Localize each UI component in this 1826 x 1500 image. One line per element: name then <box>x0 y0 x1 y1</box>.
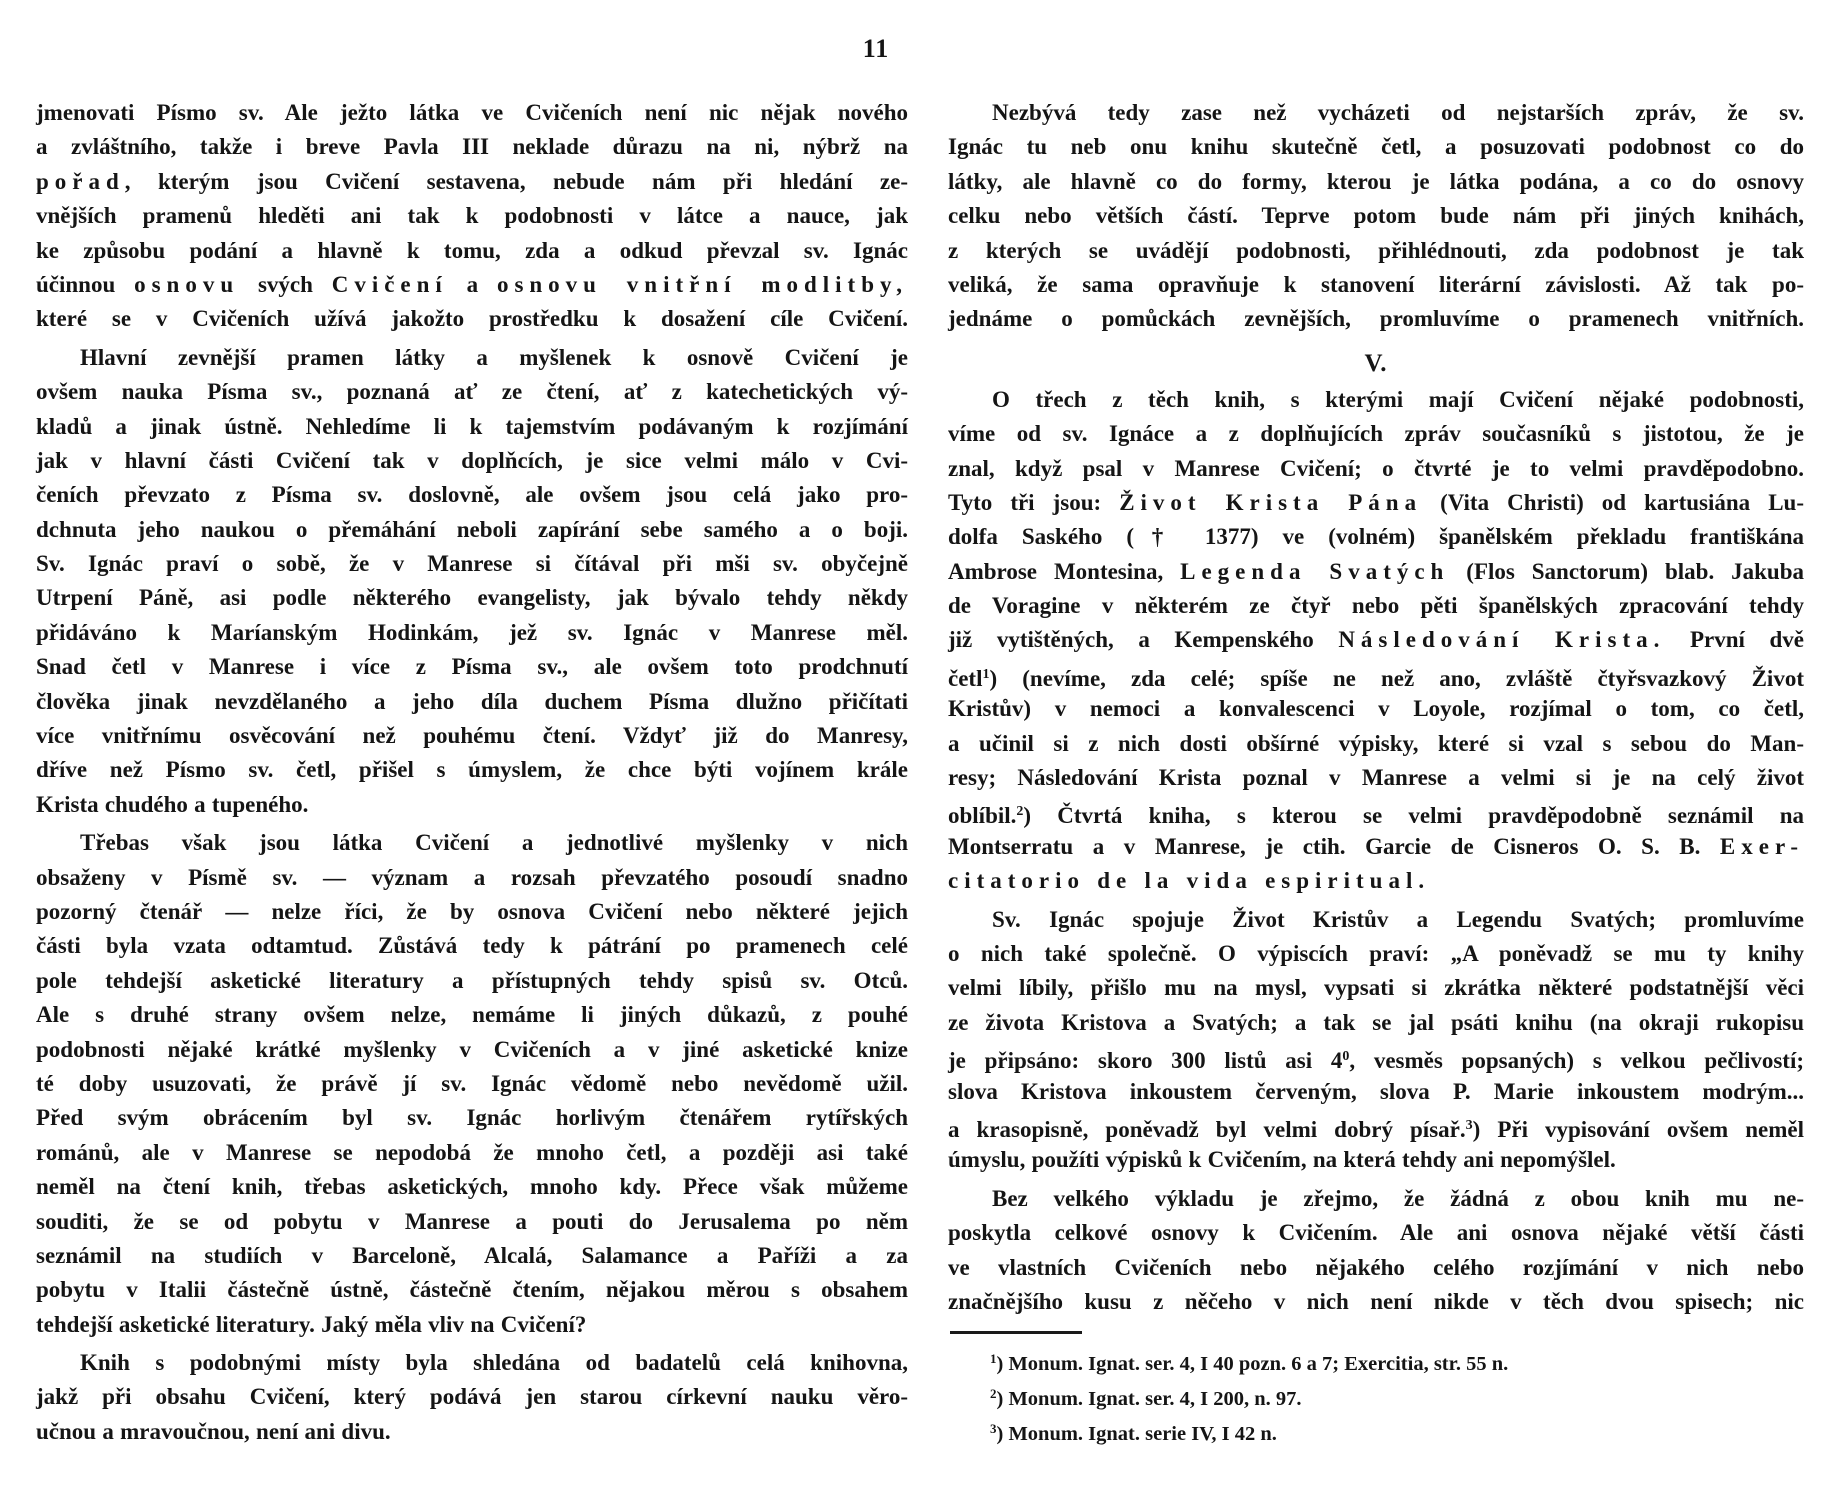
text-line: části byla vzata odtamtud. Zůstává tedy … <box>36 929 908 963</box>
letterspaced-segment: Následování Krista. <box>1338 627 1665 652</box>
text-line: ke způsobu podání a hlavně k tomu, zda a… <box>36 234 908 268</box>
text-line: pořad, kterým jsou Cvičení sestavena, ne… <box>36 165 908 199</box>
text-segment: ) (nevíme, zda celé; spíše ne než ano, z… <box>989 666 1804 691</box>
text-segment: dchnuta jeho naukou o přemáhání neboli z… <box>36 517 908 542</box>
text-line: ze života Kristova a Svatých; a tak se j… <box>948 1006 1804 1040</box>
text-segment: jakž při obsahu Cvičení, který podává je… <box>36 1384 908 1409</box>
text-line: pozorný čtenář — nelze říci, že by osnov… <box>36 895 908 929</box>
text-segment: Hlavní zevnější pramen látky a myšlenek … <box>80 345 908 370</box>
text-segment: tehdejší asketické literatury. Jaký měla… <box>36 1312 586 1337</box>
text-line: oblíbil.2) Čtvrtá kniha, s kterou se vel… <box>948 795 1804 829</box>
text-line: Utrpení Páně, asi podle některého evange… <box>36 581 908 615</box>
text-segment: slova Kristova inkoustem červeným, slova… <box>948 1079 1804 1104</box>
text-segment: První dvě <box>1665 627 1804 652</box>
text-segment: člověka jinak nevzdělaného a jeho díla d… <box>36 689 908 714</box>
text-segment: kladů a jinak ústně. Nehledíme li k taje… <box>36 414 908 439</box>
text-line: té doby usuzovati, že právě jí sv. Ignác… <box>36 1067 908 1101</box>
text-line: Před svým obrácením byl sv. Ignác horliv… <box>36 1101 908 1135</box>
text-segment: Nezbývá tedy zase než vycházeti od nejst… <box>992 100 1804 125</box>
text-segment: znal, když psal v Manrese Cvičení; o čtv… <box>948 456 1804 481</box>
text-segment: ze života Kristova a Svatých; a tak se j… <box>948 1010 1804 1035</box>
text-segment: seznámil na studiích v Barceloně, Alcalá… <box>36 1243 908 1268</box>
page-number: 11 <box>0 34 1752 64</box>
text-segment: a krasopisně, poněvadž byl velmi dobrý p… <box>948 1117 1466 1142</box>
text-segment: a zvláštního, takže i breve Pavla III ne… <box>36 134 908 159</box>
text-line: Knih s podobnými místy byla shledána od … <box>36 1346 908 1380</box>
footnote-item: 2) Monum. Ignat. ser. 4, I 200, n. 97. <box>948 1379 1804 1414</box>
text-segment: podobnosti nějaké krátké myšlenky v Cvič… <box>36 1037 908 1062</box>
text-segment: Ale s druhé strany ovšem nelze, nemáme l… <box>36 1002 908 1027</box>
text-line: Nezbývá tedy zase než vycházeti od nejst… <box>948 96 1804 130</box>
text-segment: účinnou <box>36 272 134 297</box>
text-segment: oblíbil. <box>948 803 1016 828</box>
text-segment: Ambrose Montesina, <box>948 559 1180 584</box>
text-segment: z kterých se uvádějí podobnosti, přihléd… <box>948 238 1804 263</box>
text-line: Bez velkého výkladu je zřejmo, že žádná … <box>948 1182 1804 1216</box>
text-line: znal, když psal v Manrese Cvičení; o čtv… <box>948 452 1804 486</box>
text-segment: svých <box>239 272 332 297</box>
text-line: a učinil si z nich dosti obšírné výpisky… <box>948 727 1804 761</box>
text-line: Ale s druhé strany ovšem nelze, nemáme l… <box>36 998 908 1032</box>
text-segment: které se v Cvičeních užívá jakožto prost… <box>36 306 908 331</box>
paragraph: Bez velkého výkladu je zřejmo, že žádná … <box>948 1182 1804 1320</box>
paragraph: jmenovati Písmo sv. Ale ježto látka ve C… <box>36 96 908 337</box>
text-line: je připsáno: skoro 300 listů asi 40, ves… <box>948 1040 1804 1074</box>
letterspaced-segment: pořad <box>36 169 125 194</box>
footnote-item: 3) Monum. Ignat. serie IV, I 42 n. <box>948 1414 1804 1449</box>
text-segment: víme od sv. Ignáce a z doplňujících zprá… <box>948 421 1804 446</box>
text-line: dchnuta jeho naukou o přemáhání neboli z… <box>36 513 908 547</box>
text-line: seznámil na studiích v Barceloně, Alcalá… <box>36 1239 908 1273</box>
letterspaced-segment: Cvičení <box>332 272 448 297</box>
paragraph: Hlavní zevnější pramen látky a myšlenek … <box>36 341 908 822</box>
text-line: dolfa Saského († 1377) ve (volném) španě… <box>948 520 1804 554</box>
text-segment: pobytu v Italii částečně ústně, částečně… <box>36 1277 908 1302</box>
text-segment: pozorný čtenář — nelze říci, že by osnov… <box>36 899 908 924</box>
text-line: Krista chudého a tupeného. <box>36 788 908 822</box>
text-line: kladů a jinak ústně. Nehledíme li k taje… <box>36 410 908 444</box>
letterspaced-segment: osnovu vnitřní modlitby, <box>497 272 908 297</box>
section-heading: V. <box>948 347 1804 381</box>
text-segment: resy; Následování Krista poznal v Manres… <box>948 765 1804 790</box>
text-segment: de Voragine v některém ze čtyř nebo pěti… <box>948 593 1804 618</box>
text-segment: (Vita Christi) od kartusiána Lu- <box>1422 490 1804 515</box>
document-page: 11 jmenovati Písmo sv. Ale ježto látka v… <box>0 0 1826 1500</box>
text-segment: Třebas však jsou látka Cvičení a jednotl… <box>80 830 908 855</box>
text-segment: veliká, že sama opravňuje k stanovení li… <box>948 272 1804 297</box>
paragraph: Sv. Ignác spojuje Život Kristův a Legend… <box>948 903 1804 1178</box>
text-line: učnou a mravoučnou, není ani divu. <box>36 1415 908 1449</box>
text-line: jmenovati Písmo sv. Ale ježto látka ve C… <box>36 96 908 130</box>
text-segment: Krista chudého a tupeného. <box>36 792 308 817</box>
text-line: Ambrose Montesina, Legenda Svatých (Flos… <box>948 555 1804 589</box>
text-line: O třech z těch knih, s kterými mají Cvič… <box>948 383 1804 417</box>
text-line: podobnosti nějaké krátké myšlenky v Cvič… <box>36 1033 908 1067</box>
text-segment: o nich také společně. O výpiscích praví:… <box>948 941 1804 966</box>
text-line: Montserratu a v Manrese, je ctih. Garcie… <box>948 830 1804 864</box>
text-line: přidáváno k Maríanským Hodinkám, jež sv.… <box>36 616 908 650</box>
text-line: dříve než Písmo sv. četl, přišel s úmysl… <box>36 753 908 787</box>
text-segment: části byla vzata odtamtud. Zůstává tedy … <box>36 933 908 958</box>
paragraph: Třebas však jsou látka Cvičení a jednotl… <box>36 826 908 1342</box>
text-segment: Snad četl v Manrese i více z Písma sv., … <box>36 654 908 679</box>
text-line: Hlavní zevnější pramen látky a myšlenek … <box>36 341 908 375</box>
text-segment: již vytištěných, a Kempenského <box>948 627 1338 652</box>
column-left: jmenovati Písmo sv. Ale ježto látka ve C… <box>36 96 908 1449</box>
text-line: románů, ale v Manrese se nepodobá že mno… <box>36 1136 908 1170</box>
text-line: Ignác tu neb onu knihu skutečně četl, a … <box>948 130 1804 164</box>
text-segment: úmyslu, použíti výpisků k Cvičením, na k… <box>948 1147 1616 1172</box>
text-segment: velmi líbily, přišlo mu na mysl, vypsati… <box>948 975 1804 1000</box>
text-line: pole tehdejší asketické literatury a pří… <box>36 964 908 998</box>
text-line: ovšem nauka Písma sv., poznaná ať ze čte… <box>36 375 908 409</box>
text-line: čeních převzato z Písma sv. doslovně, al… <box>36 478 908 512</box>
text-segment: přidáváno k Maríanským Hodinkám, jež sv.… <box>36 620 908 645</box>
text-segment: Bez velkého výkladu je zřejmo, že žádná … <box>992 1186 1804 1211</box>
text-line: obsaženy v Písmě sv. — význam a rozsah p… <box>36 861 908 895</box>
paragraph: O třech z těch knih, s kterými mají Cvič… <box>948 383 1804 899</box>
text-line: látky, ale hlavně co do formy, kterou je… <box>948 165 1804 199</box>
paragraph: Nezbývá tedy zase než vycházeti od nejst… <box>948 96 1804 337</box>
text-line: Sv. Ignác praví o sobě, že v Manrese si … <box>36 547 908 581</box>
text-segment: ke způsobu podání a hlavně k tomu, zda a… <box>36 238 908 263</box>
text-line: celku nebo větších částí. Teprve potom b… <box>948 199 1804 233</box>
text-segment: Knih s podobnými místy byla shledána od … <box>80 1350 908 1375</box>
text-segment: čeních převzato z Písma sv. doslovně, al… <box>36 482 908 507</box>
text-line: Kristův) v nemoci a konvalescenci v Loyo… <box>948 692 1804 726</box>
letterspaced-segment: Život Krista Pána <box>1119 490 1422 515</box>
text-line: účinnou osnovu svých Cvičení a osnovu vn… <box>36 268 908 302</box>
text-segment: četl <box>948 666 982 691</box>
text-segment: ) Při vypisování ovšem neměl <box>1473 1117 1804 1142</box>
text-segment: dolfa Saského († 1377) ve (volném) španě… <box>948 524 1804 549</box>
text-segment: Tyto tři jsou: <box>948 490 1119 515</box>
text-line: již vytištěných, a Kempenského Následová… <box>948 623 1804 657</box>
text-line: Třebas však jsou látka Cvičení a jednotl… <box>36 826 908 860</box>
text-segment: románů, ale v Manrese se nepodobá že mno… <box>36 1140 908 1165</box>
footnote-item: 1) Monum. Ignat. ser. 4, I 40 pozn. 6 a … <box>948 1344 1804 1379</box>
text-line: z kterých se uvádějí podobnosti, přihléd… <box>948 234 1804 268</box>
column-right: Nezbývá tedy zase než vycházeti od nejst… <box>948 96 1804 1449</box>
text-line: souditi, že se od pobytu v Manrese a pou… <box>36 1205 908 1239</box>
paragraph: Knih s podobnými místy byla shledána od … <box>36 1346 908 1449</box>
text-segment: jmenovati Písmo sv. Ale ježto látka ve C… <box>36 100 908 125</box>
text-line: které se v Cvičeních užívá jakožto prost… <box>36 302 908 336</box>
letterspaced-segment: osnovu <box>134 272 239 297</box>
text-segment: ve vlastních Cvičeních nebo nějakého cel… <box>948 1255 1804 1280</box>
text-line: o nich také společně. O výpiscích praví:… <box>948 937 1804 971</box>
text-segment: celku nebo větších částí. Teprve potom b… <box>948 203 1804 228</box>
text-line: více vnitřnímu osvěcování než pouhému čt… <box>36 719 908 753</box>
text-line: víme od sv. Ignáce a z doplňujících zprá… <box>948 417 1804 451</box>
text-segment: ) Monum. Ignat. ser. 4, I 40 pozn. 6 a 7… <box>997 1353 1509 1375</box>
text-line: úmyslu, použíti výpisků k Cvičením, na k… <box>948 1143 1804 1177</box>
text-segment: ) Monum. Ignat. ser. 4, I 200, n. 97. <box>997 1388 1302 1410</box>
text-line: resy; Následování Krista poznal v Manres… <box>948 761 1804 795</box>
text-line: značnějšího kusu z něčeho v nich není ni… <box>948 1285 1804 1319</box>
text-segment: Před svým obrácením byl sv. Ignác horliv… <box>36 1105 908 1130</box>
text-segment: je připsáno: skoro 300 listů asi 4 <box>948 1048 1342 1073</box>
text-line: ve vlastních Cvičeních nebo nějakého cel… <box>948 1251 1804 1285</box>
text-line: de Voragine v některém ze čtyř nebo pěti… <box>948 589 1804 623</box>
letterspaced-segment: Legenda Svatých <box>1180 559 1449 584</box>
text-line: jednáme o pomůckách zevnějších, promluví… <box>948 302 1804 336</box>
text-segment: Sv. Ignác spojuje Život Kristův a Legend… <box>992 907 1804 932</box>
text-segment: obsaženy v Písmě sv. — význam a rozsah p… <box>36 865 908 890</box>
text-segment: Ignác tu neb onu knihu skutečně četl, a … <box>948 134 1804 159</box>
text-line: velmi líbily, přišlo mu na mysl, vypsati… <box>948 971 1804 1005</box>
text-segment: Utrpení Páně, asi podle některého evange… <box>36 585 908 610</box>
text-line: a krasopisně, poněvadž byl velmi dobrý p… <box>948 1109 1804 1143</box>
text-segment: vnějších pramenů hleděti ani tak k podob… <box>36 203 908 228</box>
text-segment: souditi, že se od pobytu v Manrese a pou… <box>36 1209 908 1234</box>
text-segment: , vesměs popsaných) s velkou pečlivostí; <box>1349 1048 1804 1073</box>
letterspaced-segment: citatorio de la vida espiritual. <box>948 868 1430 893</box>
text-segment: jak v hlavní části Cvičení tak v doplňcí… <box>36 448 908 473</box>
text-segment: poskytla celkové osnovy k Cvičením. Ale … <box>948 1220 1804 1245</box>
text-segment: více vnitřnímu osvěcování než pouhému čt… <box>36 723 908 748</box>
footnote-rule <box>950 1331 1082 1334</box>
text-segment: značnějšího kusu z něčeho v nich není ni… <box>948 1289 1804 1314</box>
footnotes: 1) Monum. Ignat. ser. 4, I 40 pozn. 6 a … <box>948 1344 1804 1449</box>
text-line: jak v hlavní části Cvičení tak v doplňcí… <box>36 444 908 478</box>
text-segment: , kterým jsou Cvičení sestavena, nebude … <box>125 169 908 194</box>
text-segment: Sv. Ignác praví o sobě, že v Manrese si … <box>36 551 908 576</box>
text-segment: látky, ale hlavně co do formy, kterou je… <box>948 169 1804 194</box>
text-line: pobytu v Italii částečně ústně, částečně… <box>36 1273 908 1307</box>
text-line: neměl na čtení knih, třebas asketických,… <box>36 1170 908 1204</box>
superscript-marker: 3 <box>1466 1118 1473 1133</box>
text-segment: Kristův) v nemoci a konvalescenci v Loyo… <box>948 696 1804 721</box>
text-segment: dříve než Písmo sv. četl, přišel s úmysl… <box>36 757 908 782</box>
text-segment: neměl na čtení knih, třebas asketických,… <box>36 1174 908 1199</box>
text-line: slova Kristova inkoustem červeným, slova… <box>948 1075 1804 1109</box>
text-line: Tyto tři jsou: Život Krista Pána (Vita C… <box>948 486 1804 520</box>
text-segment: O třech z těch knih, s kterými mají Cvič… <box>992 387 1804 412</box>
text-line: četl1) (nevíme, zda celé; spíše ne než a… <box>948 658 1804 692</box>
text-line: Snad četl v Manrese i více z Písma sv., … <box>36 650 908 684</box>
text-line: a zvláštního, takže i breve Pavla III ne… <box>36 130 908 164</box>
text-line: veliká, že sama opravňuje k stanovení li… <box>948 268 1804 302</box>
text-line: vnějších pramenů hleděti ani tak k podob… <box>36 199 908 233</box>
text-segment: (Flos Sanctorum) blab. Jakuba <box>1449 559 1804 584</box>
text-segment: učnou a mravoučnou, není ani divu. <box>36 1419 391 1444</box>
text-segment: ovšem nauka Písma sv., poznaná ať ze čte… <box>36 379 908 404</box>
text-segment: ) Čtvrtá kniha, s kterou se velmi pravdě… <box>1023 803 1804 828</box>
text-line: jakž při obsahu Cvičení, který podává je… <box>36 1380 908 1414</box>
text-line: poskytla celkové osnovy k Cvičením. Ale … <box>948 1216 1804 1250</box>
letterspaced-segment: Exer- <box>1720 834 1804 859</box>
text-segment: ) Monum. Ignat. serie IV, I 42 n. <box>997 1423 1277 1445</box>
text-segment: pole tehdejší asketické literatury a pří… <box>36 968 908 993</box>
text-line: člověka jinak nevzdělaného a jeho díla d… <box>36 685 908 719</box>
text-segment: a učinil si z nich dosti obšírné výpisky… <box>948 731 1804 756</box>
text-segment: té doby usuzovati, že právě jí sv. Ignác… <box>36 1071 908 1096</box>
text-line: Sv. Ignác spojuje Život Kristův a Legend… <box>948 903 1804 937</box>
text-line: citatorio de la vida espiritual. <box>948 864 1804 898</box>
text-line: tehdejší asketické literatury. Jaký měla… <box>36 1308 908 1342</box>
text-segment: Montserratu a v Manrese, je ctih. Garcie… <box>948 834 1720 859</box>
text-segment: a <box>448 272 497 297</box>
text-segment: jednáme o pomůckách zevnějších, promluví… <box>948 306 1804 331</box>
